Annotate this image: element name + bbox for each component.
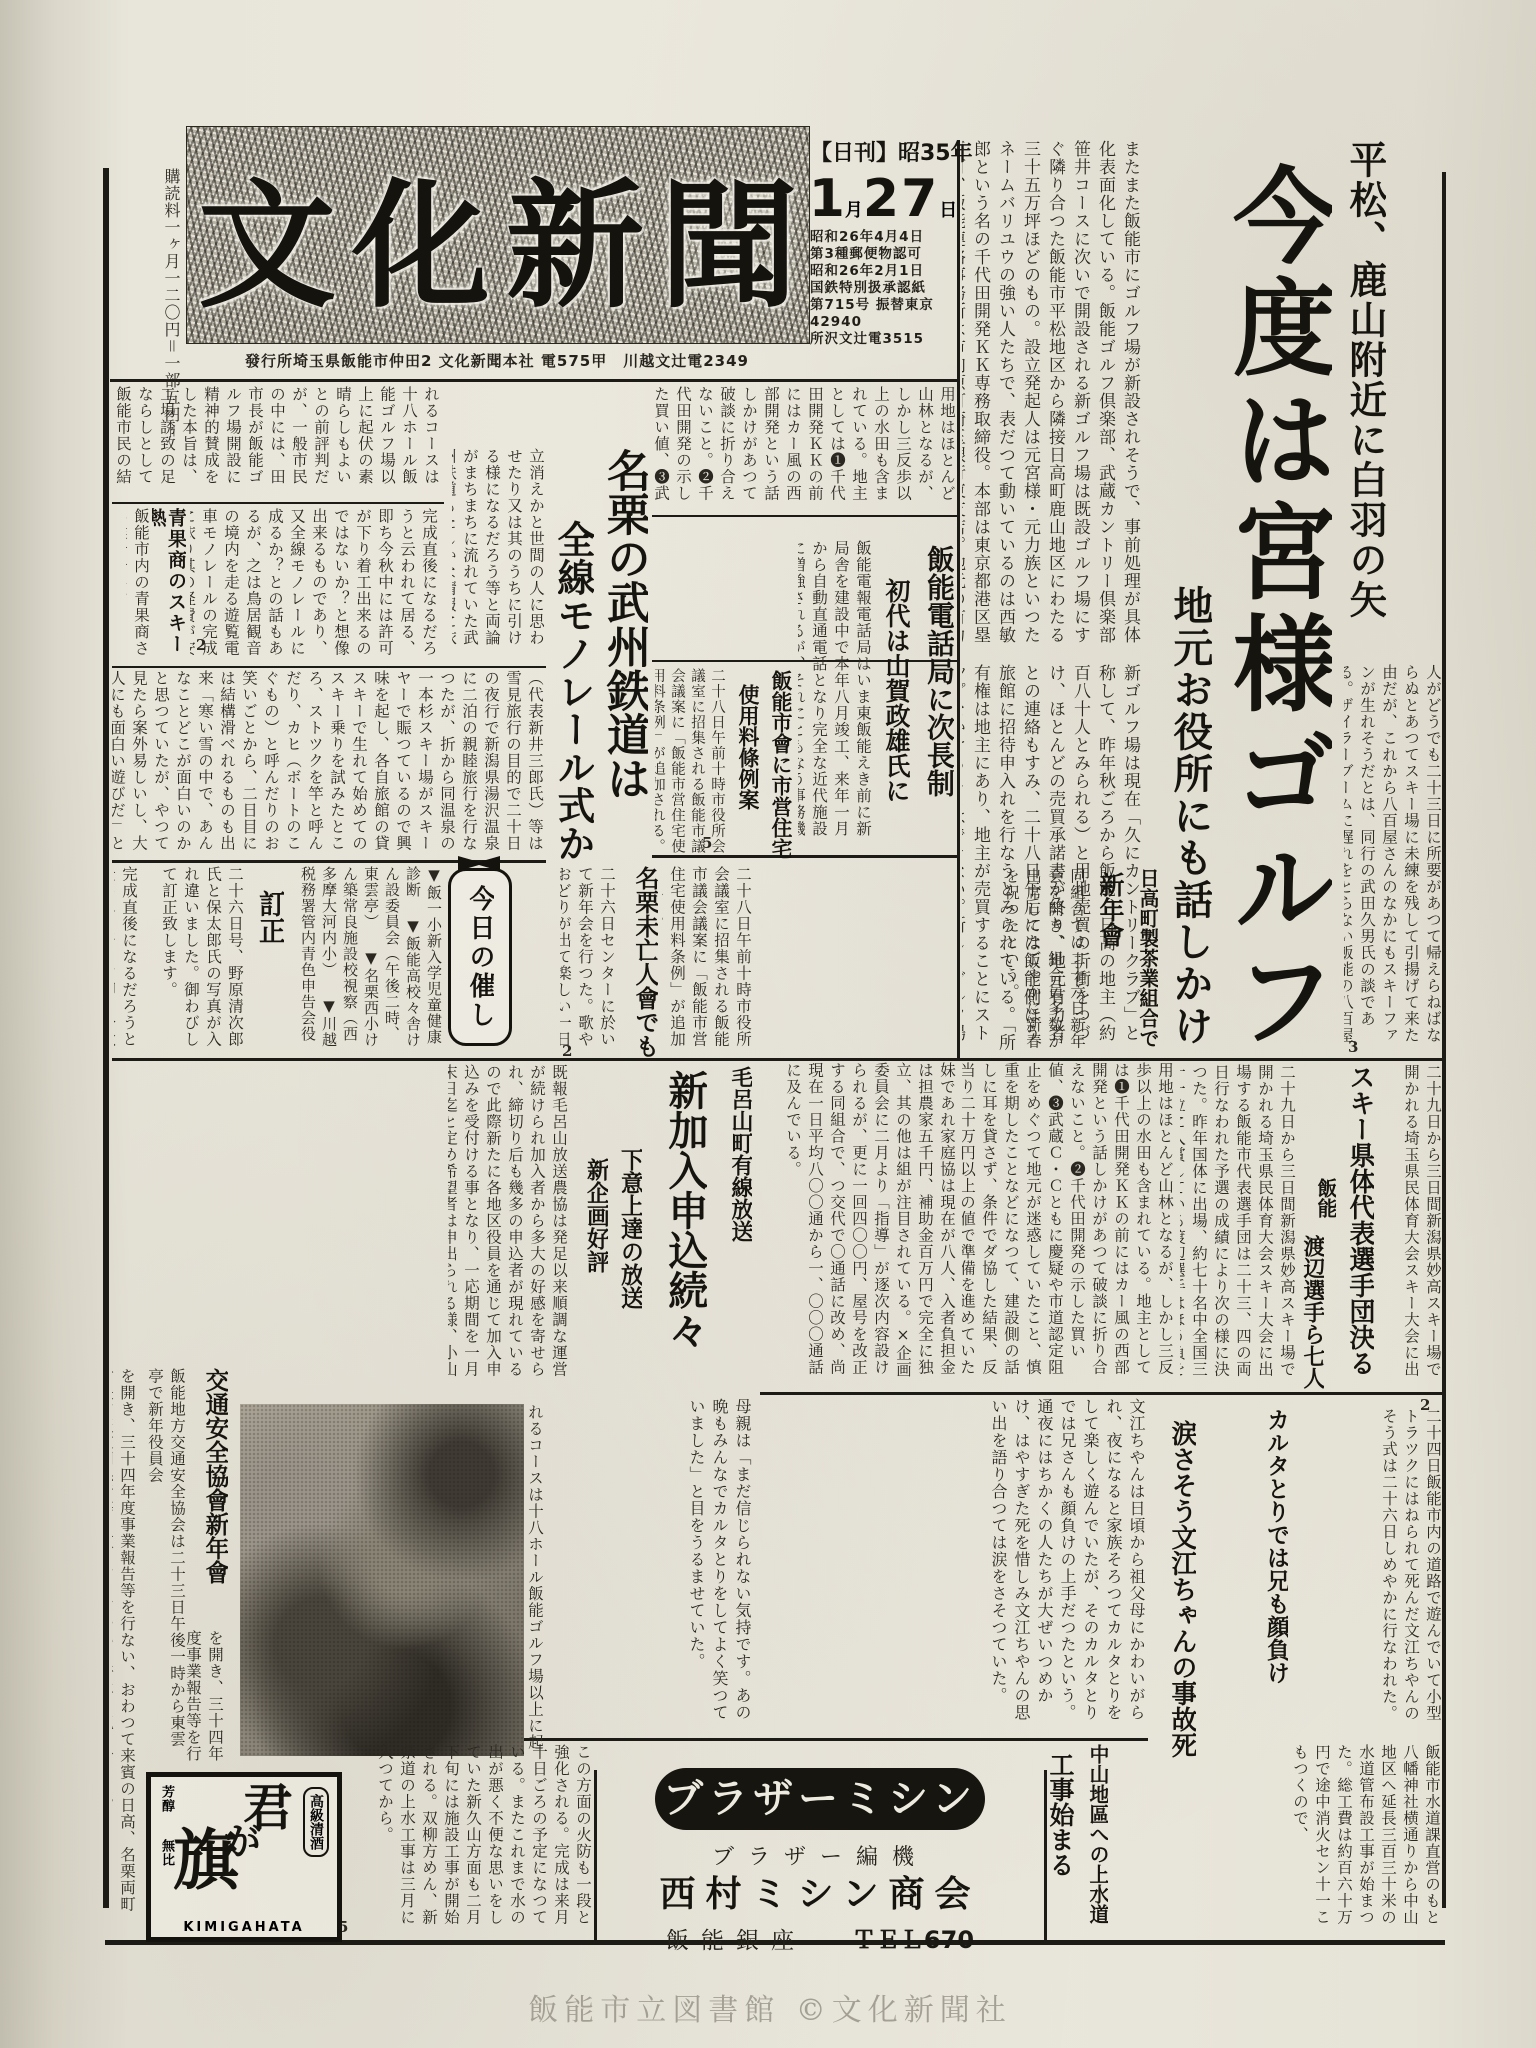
- date-month: 1: [809, 169, 845, 229]
- traffic-headline: 交通安全協會新年會: [190, 1368, 228, 1618]
- sake-name-char-3: 旗: [173, 1825, 239, 1896]
- telephone-headline: 飯能電話局に次長制: [918, 545, 954, 825]
- rule-h3: [112, 666, 546, 668]
- rule-h6: [652, 855, 958, 858]
- page-marker: 2: [562, 1042, 572, 1060]
- news-photo: [240, 1404, 524, 1756]
- broadcast-body-columns: 既報毛呂山放送農協は発足以来順調な運営が続けられ加入者から多大の好感を寄せられ、…: [448, 1064, 570, 1388]
- filler-column-block: 二十八日午前十時市役所会議室に招集される飯能市議会議案に「飯能市営住宅使用料条例…: [662, 866, 754, 1054]
- correction-headline: 訂正: [250, 890, 284, 956]
- telephone-subheadline: 初代は山賀政雄氏に: [876, 578, 910, 846]
- traffic-body-columns-3: を開き、三十四年度事業報告等を行ない、おわつて来賓の日高、名栗両町村長、報道関係…: [112, 1368, 138, 1928]
- masthead-title: 文化新聞: [182, 136, 814, 334]
- grocery-ski-headline: 青果商のスキー熱: [152, 508, 186, 666]
- grocery-ski-ending-columns: 人がどうでも二十三日に所要があつて帰えらねばならぬとあつてスキー場に未練を残して…: [1344, 664, 1444, 1054]
- hidaka-tea-body-columns: 同組合では二十六日新年会を開き、組合員多数が出席してなごやかに新春を祝つたという…: [966, 868, 1088, 1054]
- sake-grade-badge: 高級清酒: [303, 1787, 329, 1857]
- sake-quality-1: 芳醇: [157, 1785, 176, 1813]
- filler-column-block: 二十九日から三日間新潟県妙高スキー場で開かれる埼玉県民体育大会スキー大会に出場す…: [1404, 1064, 1444, 1388]
- masthead-logo-box: 文化新聞: [186, 126, 810, 344]
- brother-tel: ＴＥＬ670: [852, 1920, 974, 1955]
- rule-h1: [112, 502, 444, 504]
- brother-logo: ブラザーミシン: [655, 1768, 985, 1830]
- golf-chiyoda-columns: 用地はほとんど山林となるが、しかし三反歩以上の水田も含まれている。地主としては❶…: [652, 386, 958, 512]
- broadcast-subheadline-1: 下意上達の放送: [612, 1148, 642, 1338]
- date-day: 27: [863, 169, 939, 229]
- daily-label: 【日刊】昭35年: [810, 136, 956, 167]
- monorail-kicker-headline: 名栗の武州鉄道は: [598, 448, 648, 840]
- page-marker: 2: [196, 636, 206, 654]
- fumie-body-columns-start: 二十四日飯能市内の道路で遊んでいて小型トラツクにはねられて死んだ文江ちやんのそう…: [1310, 1408, 1444, 1734]
- date-day-unit: 日: [939, 196, 957, 222]
- hidaka-tea-headline-1: 日高町製茶業組合で: [1126, 868, 1158, 1058]
- housing-headline-2: 使用料條例案: [731, 684, 759, 834]
- events-box-title: 今日の催し: [466, 885, 494, 1030]
- events-list: ▼飯一小新入学児童健康診断 ▼飯能高校々舎けん設委員会（午後二時、東雲亭） ▼名…: [296, 866, 444, 1056]
- telephone-body-columns: 飯能電報電話局はいま東飯能えき前に新局舎を建設中で本年八月竣工、来年一月から自動…: [798, 540, 874, 850]
- monorail-body-columns-1: 立消えかと世間の人に思わせたり又は其のうちに引ける様になるだろう等と両論がまちま…: [452, 448, 547, 660]
- housing-body-columns: 二十八日午前十時市役所会議室に招集される飯能市議会議案に「飯能市営住宅使用料条例…: [655, 668, 727, 854]
- grocery-ski-start-column: 飯能市内の青果商さん達十一名、: [126, 508, 152, 664]
- water-headline-1: 中山地區への上水道: [1078, 1744, 1108, 1932]
- sake-roman-name: KIMIGAHATA: [151, 1920, 337, 1935]
- traffic-body-columns-2: を開き、三十四年度事業報告等を行ない、おわつて来賓の日高、名栗両町村長、報道関係…: [182, 1630, 226, 1763]
- photo-side-column: れるコースは十八ホール飯能ゴルフ場以上に起伏の素晴らしもよいとの前評判だが、一般…: [526, 1404, 546, 1754]
- library-caption: 飯能市立図書館 ©文化新聞社: [440, 1985, 1100, 2029]
- grocery-ski-body-columns-1: れるコースは十八ホール飯能ゴルフ場以上に起伏の素晴らしもよいとの前評判だが、一般…: [112, 386, 442, 500]
- correction-body-columns: 二十六日号、野原清次郎氏と保太郎氏の写真が入れ違いました。御わびして訂正致します…: [148, 866, 246, 1058]
- issue-date: 1 月 27 日: [810, 169, 956, 229]
- monorail-main-headline: 全線モノレール式か: [552, 520, 594, 892]
- ski-team-place-label: 飯能: [1310, 1178, 1336, 1230]
- fumie-kicker-headline: カルタとりでは兄も顔負け: [1258, 1408, 1288, 1704]
- traffic-body-columns-1: 飯能地方交通安全協会は二十三日午後一時から東雲亭で新年役員会: [136, 1368, 188, 1763]
- publisher-line: 發行所埼玉県飯能市仲田2 文化新聞本社 電575甲 川越文辻電2349: [186, 350, 808, 374]
- golf-main-headline: 今度は宮様ゴルフ: [1216, 162, 1332, 1062]
- water-headline-2: 工事始まる: [1044, 1752, 1074, 1890]
- date-block: 【日刊】昭35年 1 月 27 日 昭和26年4月4日 第3種郵便物認可 昭和2…: [810, 136, 956, 380]
- coop-body-columns: 妹であれ家庭協は現在が八人、入者負担金は担農家五千円、補助金百万円で完全に独立、…: [760, 1062, 958, 1390]
- monorail-body-columns-2: 完成直後になるだろうと云われて居る、即ち今秋中には許可が下り着工出来るのではない…: [190, 508, 440, 660]
- fumie-body-columns-main: 文江ちやんは日頃から祖父母にかわいがられ、夜になると家族そろつてカルタとりをして…: [762, 1398, 1148, 1732]
- golf-body-column-block-1: またまた飯能市にゴルフ場が新設されそうで、事前処理が具体化表面化している。飯能ゴ…: [962, 140, 1142, 656]
- brother-shop-name: 西村ミシン商会: [659, 1875, 980, 1914]
- grocery-ski-body-columns-2: （代表新井三郎氏）等は雪見旅行の目的で二十日の夜行で新潟県湯沢温泉に二泊の親睦旅…: [112, 670, 546, 858]
- housing-headline-1: 飯能市會に市営住宅: [762, 670, 792, 870]
- brother-machine-line: ブラザー編機: [712, 1840, 928, 1871]
- broadcast-main-headline: 新加入申込続々: [655, 1070, 707, 1370]
- ski-team-subheadline: 渡辺選手ら七人: [1296, 1235, 1324, 1405]
- water-body-columns-1: 飯能市水道課直営のもと八幡神社横通りから中山地区へ延長三百三十米の水道管布設工事…: [1215, 1744, 1443, 1932]
- widows-body-columns: 二十六日センターに於いて新年会を行つた。歌やおどりが出て楽しい一日だつたと云われ…: [560, 866, 618, 1056]
- water-body-columns-2: この方面の火防も一段と強化される。完成は来月十日ごろの予定になつている。またこれ…: [332, 1744, 594, 1932]
- fumie-main-headline: 涙さそう文江ちゃんの事故死: [1160, 1420, 1196, 1784]
- rule-ad-left: [594, 1770, 597, 1942]
- golf-kicker-headline: 平松、鹿山附近に白羽の矢: [1328, 140, 1386, 685]
- date-month-unit: 月: [845, 196, 863, 222]
- widows-headline: 名栗未亡人會でも: [622, 866, 658, 1062]
- ski-team-headline: スキー県体代表選手団決る: [1340, 1064, 1374, 1414]
- rule-h2: [652, 515, 958, 517]
- hidaka-tea-headline-2: 新年會: [1092, 872, 1124, 962]
- registration-lines: 昭和26年4月4日 第3種郵便物認可 昭和26年2月1日 国鉄特別扱承認紙 第7…: [810, 229, 956, 348]
- broadcast-subheadline-2: 新企画好評: [578, 1158, 608, 1298]
- broadcast-kicker-headline: 毛呂山町有線放送: [722, 1066, 752, 1276]
- brother-address: 飯能銀座: [666, 1922, 806, 1955]
- brother-contact-line: 飯能銀座 ＴＥＬ670: [666, 1920, 974, 1955]
- sake-ad: 芳醇 無比 高級清酒 君 が 旗 KIMIGAHATA: [146, 1772, 342, 1942]
- page-marker: 3: [1348, 1038, 1358, 1056]
- brother-ad: ブラザーミシン ブラザー編機 西村ミシン商会 飯能銀座 ＴＥＬ670: [600, 1768, 1040, 1968]
- ski-team-body-columns: 二十九日から三日間新潟県妙高スキー場で開かれる埼玉県民体育大会スキー大会に出場す…: [1180, 1064, 1298, 1388]
- frame-rule-left: [103, 168, 109, 1908]
- events-box: 今日の催し: [448, 868, 512, 1046]
- filler-column-block: 用地はほとんど山林となるが、しかし三反歩以上の水田も含まれている。地主としては❶…: [962, 1062, 1176, 1390]
- rule-vertical-mid: [957, 140, 960, 1060]
- filler-column-block: 完成直後になるだろうと云われて居る、即ち今秋中には許可が下り着工出来るのではない…: [114, 866, 140, 1054]
- fumie-body-columns-2: 母親は「まだ信じられない気持です。あの晩もみんなでカルタとりをしてよく笑つていま…: [548, 1398, 754, 1732]
